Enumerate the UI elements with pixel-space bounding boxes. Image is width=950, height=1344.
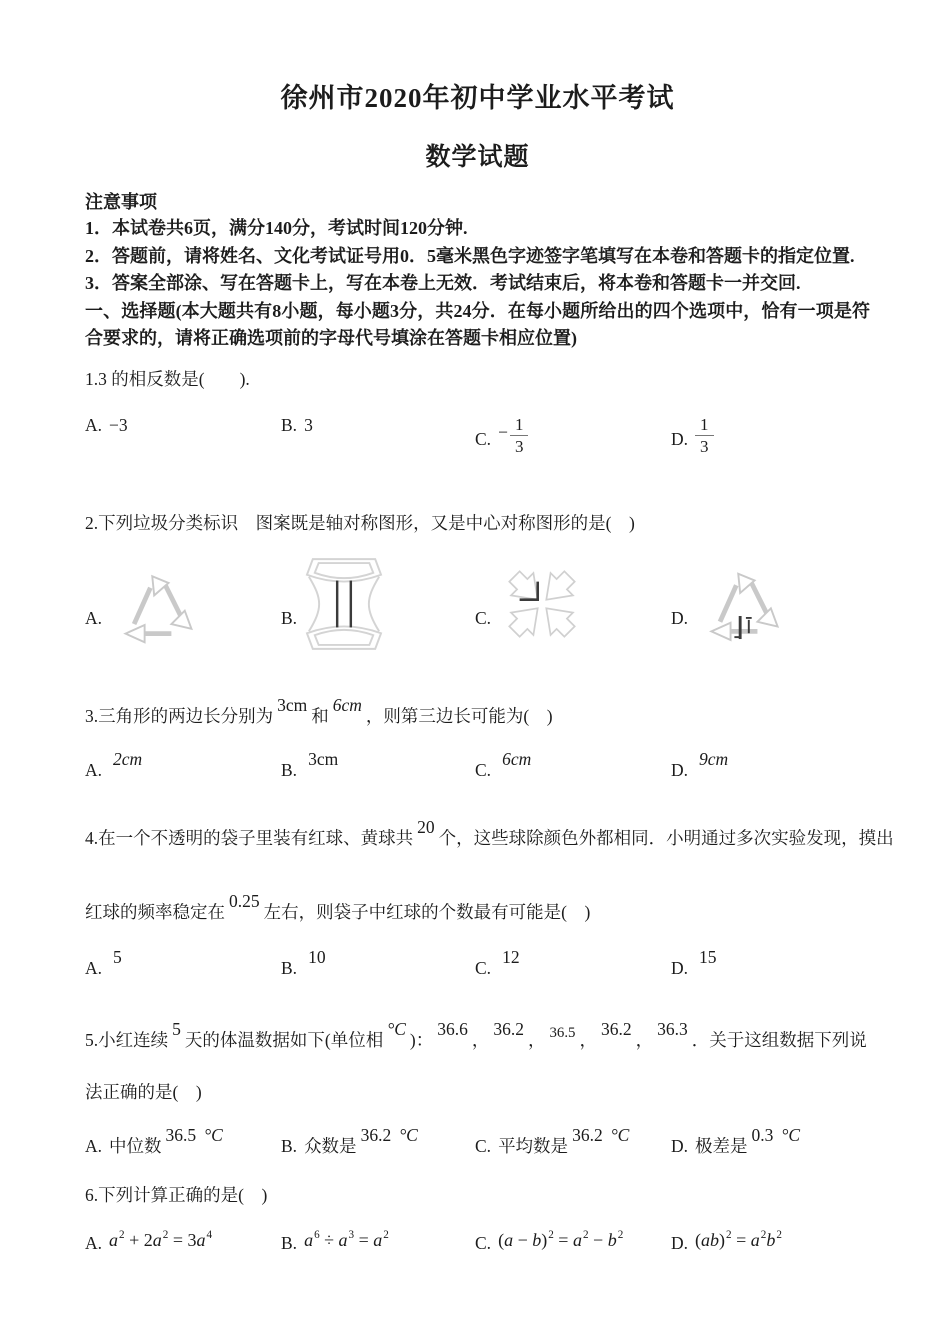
option-formula: a2 + 2a2 = 3a4 [109,1230,212,1250]
text-run: 5 [113,947,122,967]
option-formula: (ab)2 = a2b2 [695,1230,782,1250]
text-run: = [732,1230,751,1250]
option-value: 中位数36.5°C [109,1136,227,1156]
text-run: 众数是 [304,1136,357,1156]
text-run: − [513,1230,532,1250]
text-run: 极差是 [695,1136,748,1156]
option-letter: B. [281,760,297,780]
option-letter: A. [85,958,102,978]
question-6-text: 6.下列计算正确的是( ) [85,1182,870,1209]
text-run: b [532,1230,541,1250]
fraction-denominator: 3 [695,436,714,456]
text-run: a [751,1230,760,1250]
text-run: 个，这些球除颜色外都相同．小明通过多次实验发现，摸出 [439,828,894,848]
question-2-options: A. B. [85,555,870,653]
option-formula: a6 ÷ a3 = a2 [304,1230,389,1250]
negative-fraction: −13 [498,415,528,456]
question-6-option-c: C.(a − b)2 = a2 − b2 [475,1233,671,1254]
recycling-triangle-figure-icon [696,558,792,650]
text-run: 天的体温数据如下(单位相 [185,1030,383,1050]
text-run: ， [636,1030,654,1050]
text-run: − [589,1230,608,1250]
option-value: 9cm [695,760,732,780]
text-run: 2 [776,1229,782,1241]
question-3-option-a: A.2cm [85,760,281,781]
text-run: 2 [726,1229,732,1241]
text-run: a [339,1230,348,1250]
text-run: 12 [502,947,520,967]
question-1-text: 1.3 的相反数是( ). [85,366,870,393]
text-run: °C [399,1125,418,1145]
text-run: 6cm [333,695,362,715]
text-run: = 3 [168,1230,196,1250]
inward-arrows-icon: C. [475,561,585,647]
option-value: 极差是0.3°C [695,1136,804,1156]
question-3-option-c: C.6cm [475,760,671,781]
option-letter: D. [671,1233,688,1253]
text-run: 3 [349,1229,355,1241]
question-5-option-b: B.众数是36.2°C [281,1133,475,1158]
option-letter: B. [281,415,297,435]
minus-sign: − [498,422,508,443]
recycling-triangle-icon [110,561,206,647]
text-run: 10 [308,947,326,967]
page-subtitle: 数学试题 [85,137,870,173]
text-run: 5 [172,1019,181,1039]
option-letter: D. [671,760,688,780]
text-run: = [554,1230,573,1250]
option-letter: C. [475,760,491,780]
question-5-option-d: D.极差是0.3°C [671,1133,870,1158]
question-3-text: 3.三角形的两边长分别为3cm和6cm，则第三边长可能为( ) [85,703,870,730]
text-run: 36.3 [657,1019,688,1039]
option-value: 平均数是36.2°C [498,1136,633,1156]
text-run: )： [410,1030,433,1050]
option-letter: A. [85,1136,102,1156]
text-run: a [573,1230,582,1250]
question-1-option-a: A.−3 [85,415,281,456]
text-run: 2 [163,1229,169,1241]
notice-heading: 注意事项 [85,189,870,215]
text-run: 15 [699,947,717,967]
question-6-option-d: D.(ab)2 = a2b2 [671,1233,870,1254]
option-letter: C. [475,608,491,629]
hourglass-bands-icon [305,555,383,653]
question-6: 6.下列计算正确的是( ) A.a2 + 2a2 = 3a4 B.a6 ÷ a3… [85,1182,870,1254]
text-run: 4 [206,1229,212,1241]
question-6-option-a: A.a2 + 2a2 = 3a4 [85,1233,281,1254]
text-run: ) [719,1230,725,1250]
text-run: 红球的频率稳定在 [85,902,225,922]
text-run: 3.三角形的两边长分别为 [85,706,273,726]
option-value: −3 [109,415,128,435]
text-run: a [109,1230,118,1250]
text-run: 2cm [113,749,142,769]
option-letter: C. [475,958,491,978]
text-run: 和 [311,706,329,726]
text-run: 6cm [502,749,531,769]
section-title: 一、选择题(本大题共有8小题，每小题3分，共24分．在每小题所给出的四个选项中，… [85,298,870,353]
text-run: 2 [761,1229,767,1241]
text-run: 4.在一个不透明的袋子里装有红球、黄球共 [85,828,413,848]
option-value: 12 [498,958,524,978]
question-1-option-c: C.−13 [475,415,671,456]
option-letter: D. [671,958,688,978]
text-run: 36.2 [601,1019,632,1039]
text-run: 0.25 [229,891,260,911]
text-run: b [766,1230,775,1250]
text-run: ) [541,1230,547,1250]
question-5-option-c: C.平均数是36.2°C [475,1133,671,1158]
text-run: °C [204,1125,223,1145]
question-4-option-a: A.5 [85,958,281,979]
text-run: 9cm [699,749,728,769]
page-title: 徐州市2020年初中学业水平考试 [85,76,870,115]
question-6-options: A.a2 + 2a2 = 3a4 B.a6 ÷ a3 = a2 C.(a − b… [85,1233,870,1254]
notice-item-2: 2．答题前，请将姓名、文化考试证号用0．5毫米黑色字迹签字笔填写在本卷和答题卡的… [85,243,870,271]
option-letter: A. [85,760,102,780]
option-letter: C. [475,1233,491,1253]
question-1-option-b: B.3 [281,415,475,456]
text-run: 36.2 [493,1019,524,1039]
text-run: + 2 [125,1230,153,1250]
option-value: 15 [695,958,721,978]
option-value: 2cm [109,760,146,780]
text-run: 36.2 [572,1125,603,1145]
question-3-option-d: D.9cm [671,760,870,781]
question-3-option-b: B.3cm [281,760,475,781]
question-4-options: A.5 B.10 C.12 D.15 [85,958,870,979]
question-5-option-a: A.中位数36.5°C [85,1133,281,1158]
question-1-options: A.−3 B.3 C.−13 D.13 [85,415,870,456]
question-4: 4.在一个不透明的袋子里装有红球、黄球共20个，这些球除颜色外都相同．小明通过多… [85,825,870,979]
notice-item-1: 1．本试卷共6页，满分140分，考试时间120分钟. [85,215,870,243]
option-letter: A. [85,1233,102,1253]
text-run: a [196,1230,205,1250]
text-run: ， [579,1030,597,1050]
option-value: 3 [304,415,313,435]
fraction: 13 [510,415,529,456]
question-4-option-d: D.15 [671,958,870,979]
text-run: 20 [417,817,435,837]
text-run: 左右，则袋子中红球的个数最有可能是( ) [264,902,591,922]
question-2: 2.下列垃圾分类标识 图案既是轴对称图形，又是中心对称图形的是( ) A. [85,510,870,653]
text-run: °C [611,1125,630,1145]
text-run: 2 [583,1229,589,1241]
text-run: b [608,1230,617,1250]
question-4-text-line-1: 4.在一个不透明的袋子里装有红球、黄球共20个，这些球除颜色外都相同．小明通过多… [85,825,870,852]
option-letter: A. [85,608,102,629]
fraction: 13 [695,415,714,456]
text-run: 36.6 [437,1019,468,1039]
text-run: a [504,1230,513,1250]
option-letter: B. [281,608,297,629]
question-2-option-b: B. [281,555,475,653]
text-run: °C [387,1019,406,1039]
exam-paper-page: 徐州市2020年初中学业水平考试 数学试题 注意事项 1．本试卷共6页，满分14… [0,0,950,1344]
text-run: 3cm [277,695,307,715]
text-run: 2 [548,1229,554,1241]
text-run: 平均数是 [498,1136,568,1156]
question-4-text-line-2: 红球的频率稳定在0.25左右，则袋子中红球的个数最有可能是( ) [85,899,870,926]
text-run: ÷ [320,1230,339,1250]
text-run: a [373,1230,382,1250]
text-run: °C [781,1125,800,1145]
question-5-text: 5.小红连续5天的体温数据如下(单位相°C)：36.6，36.2，36.5，36… [85,1015,870,1117]
text-run: 2 [618,1229,624,1241]
text-run: ，则第三边长可能为( ) [366,706,553,726]
option-letter: C. [475,1136,491,1156]
option-letter: D. [671,1136,688,1156]
text-run: ， [472,1030,490,1050]
text-run: = [354,1230,373,1250]
option-value: 众数是36.2°C [304,1136,422,1156]
text-run: 36.5 [549,1025,575,1041]
text-run: 36.5 [166,1125,197,1145]
option-value: 10 [304,958,330,978]
text-run: ab [701,1230,719,1250]
question-2-option-a: A. [85,561,281,647]
option-letter: B. [281,1136,297,1156]
text-run: 0.3 [752,1125,774,1145]
question-5: 5.小红连续5天的体温数据如下(单位相°C)：36.6，36.2，36.5，36… [85,1015,870,1158]
question-1: 1.3 的相反数是( ). A.−3 B.3 C.−13 D.13 [85,366,870,456]
question-3: 3.三角形的两边长分别为3cm和6cm，则第三边长可能为( ) A.2cm B.… [85,703,870,781]
text-run: 5.小红连续 [85,1030,168,1050]
option-letter: D. [671,429,688,449]
option-value: 5 [109,958,126,978]
option-letter: A. [85,415,102,435]
option-letter: B. [281,958,297,978]
question-4-option-b: B.10 [281,958,475,979]
fraction-denominator: 3 [510,436,529,456]
fraction-numerator: 1 [510,415,529,436]
notice-item-3: 3．答案全部涂、写在答题卡上，写在本卷上无效．考试结束后，将本卷和答题卡一并交回… [85,270,870,298]
text-run: ， [528,1030,546,1050]
fraction-numerator: 1 [695,415,714,436]
text-run: 2 [119,1229,125,1241]
text-run: 中位数 [109,1136,162,1156]
text-run: 2 [383,1229,389,1241]
question-3-options: A.2cm B.3cm C.6cm D.9cm [85,760,870,781]
option-letter: B. [281,1233,297,1253]
text-run: a [153,1230,162,1250]
option-value: 3cm [304,760,342,780]
option-letter: D. [671,608,688,629]
text-run: 36.2 [361,1125,392,1145]
text-run: a [304,1230,313,1250]
question-2-option-c: C. [475,561,671,647]
question-2-option-d: D. [671,558,870,650]
text-run: 6 [314,1229,320,1241]
question-5-options: A.中位数36.5°C B.众数是36.2°C C.平均数是36.2°C D.极… [85,1133,870,1158]
question-1-option-d: D.13 [671,415,870,456]
question-2-text: 2.下列垃圾分类标识 图案既是轴对称图形，又是中心对称图形的是( ) [85,510,870,537]
option-formula: (a − b)2 = a2 − b2 [498,1230,623,1250]
text-run: 3cm [308,749,338,769]
question-4-option-c: C.12 [475,958,671,979]
option-letter: C. [475,429,491,449]
option-value: 6cm [498,760,535,780]
question-6-option-b: B.a6 ÷ a3 = a2 [281,1233,475,1254]
